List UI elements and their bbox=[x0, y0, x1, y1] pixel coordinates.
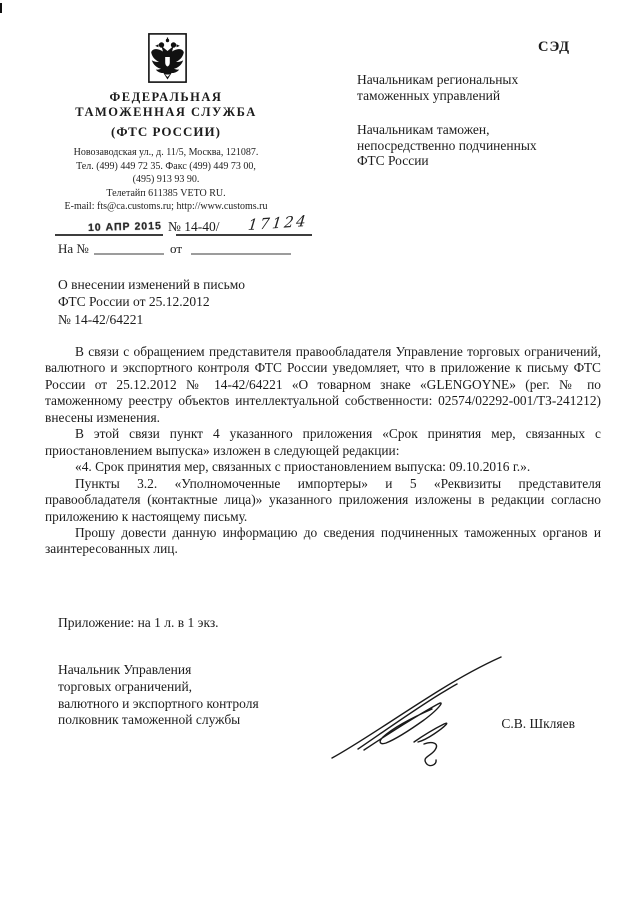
scan-artifact-mark bbox=[0, 3, 2, 13]
reply-to-label: На № bbox=[58, 241, 89, 257]
outgoing-number-handwritten: 17124 bbox=[247, 212, 309, 234]
addressee-1-line2: таможенных управлений bbox=[357, 88, 567, 104]
attachment-note: Приложение: на 1 л. в 1 экз. bbox=[58, 615, 219, 631]
body-paragraph-1: В связи с обращением представителя право… bbox=[45, 344, 601, 426]
fts-coat-of-arms-emblem-icon bbox=[148, 33, 187, 83]
outgoing-number-prefix: № 14-40/ bbox=[168, 219, 220, 235]
subject-line2: ФТС России от 25.12.2012 bbox=[58, 293, 298, 310]
org-contact-block: Новозаводская ул., д. 11/5, Москва, 1210… bbox=[25, 146, 307, 214]
org-teletype-line: Телетайп 611385 VETO RU. bbox=[25, 187, 307, 201]
org-name: ФЕДЕРАЛЬНАЯ ТАМОЖЕННАЯ СЛУЖБА bbox=[25, 90, 307, 120]
org-name-line2: ТАМОЖЕННАЯ СЛУЖБА bbox=[25, 105, 307, 120]
addressee-2-line1: Начальникам таможен, bbox=[357, 122, 567, 138]
reply-date-label: от bbox=[170, 241, 182, 257]
org-phone-line2: (495) 913 93 90. bbox=[25, 173, 307, 187]
date-stamp: 10 АПР 2015 bbox=[88, 220, 162, 234]
subject-block: О внесении изменений в письмо ФТС России… bbox=[58, 276, 298, 328]
org-address-line: Новозаводская ул., д. 11/5, Москва, 1210… bbox=[25, 146, 307, 160]
signer-position-line4: полковник таможенной службы bbox=[58, 712, 308, 729]
addressee-1-line1: Начальникам региональных bbox=[357, 72, 567, 88]
addressee-block-1: Начальникам региональных таможенных упра… bbox=[357, 72, 567, 103]
org-email-line: E-mail: fts@ca.customs.ru; http://www.cu… bbox=[25, 200, 307, 214]
reply-number-blank bbox=[94, 253, 164, 255]
org-phone-line: Тел. (499) 449 72 35. Факс (499) 449 73 … bbox=[25, 160, 307, 174]
number-underline bbox=[176, 234, 312, 236]
sed-marking: СЭД bbox=[538, 39, 570, 56]
subject-line3: № 14-42/64221 bbox=[58, 311, 298, 328]
body-paragraph-5: Прошу довести данную информацию до сведе… bbox=[45, 525, 601, 558]
addressee-block-2: Начальникам таможен, непосредственно под… bbox=[357, 122, 567, 169]
addressee-2-line2: непосредственно подчиненных bbox=[357, 138, 567, 154]
org-abbreviation: (ФТС РОССИИ) bbox=[25, 124, 307, 140]
body-paragraph-2: В этой связи пункт 4 указанного приложен… bbox=[45, 426, 601, 459]
body-paragraph-4: Пункты 3.2. «Уполномоченные импортеры» и… bbox=[45, 476, 601, 525]
addressee-2-line3: ФТС России bbox=[357, 153, 567, 169]
letter-body: В связи с обращением представителя право… bbox=[45, 344, 601, 558]
handwritten-signature bbox=[328, 646, 513, 768]
org-name-line1: ФЕДЕРАЛЬНАЯ bbox=[25, 90, 307, 105]
signer-name: С.В. Шкляев bbox=[440, 716, 575, 732]
signer-position-line3: валютного и экспортного контроля bbox=[58, 696, 308, 713]
signer-position-line1: Начальник Управления bbox=[58, 662, 308, 679]
scanned-letter-page: { "doc": { "sed_label": "СЭД", "letterhe… bbox=[0, 0, 640, 905]
signer-position-block: Начальник Управления торговых ограничени… bbox=[58, 662, 308, 729]
body-paragraph-3: «4. Срок принятия мер, связанных с приос… bbox=[45, 459, 601, 475]
subject-line1: О внесении изменений в письмо bbox=[58, 276, 298, 293]
signer-position-line2: торговых ограничений, bbox=[58, 679, 308, 696]
date-underline bbox=[55, 234, 163, 236]
reply-date-blank bbox=[191, 253, 291, 255]
